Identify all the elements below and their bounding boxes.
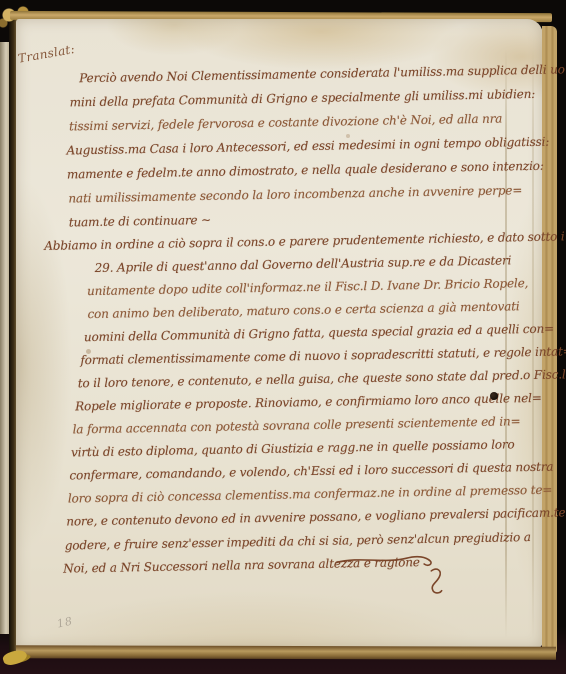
manuscript-line: formati clementissimamente come di nuovo… xyxy=(80,344,566,367)
manuscript-line: to il loro tenore, e contenuto, e nella … xyxy=(78,367,566,390)
manuscript-line: mamente e fedelm.te anno dimostrato, e n… xyxy=(67,159,544,182)
manuscript-line: tuam.te di continuare ~ xyxy=(69,213,211,230)
manuscript-line: uomini della Communità di Grigno fatta, … xyxy=(84,322,554,345)
marginal-note-translat: Translat: xyxy=(17,42,76,66)
manuscript-line: unitamente dopo udite coll'informaz.ne i… xyxy=(87,276,528,298)
manuscript-line: Abbiamo in ordine a ciò sopra il cons.o … xyxy=(44,229,565,253)
manuscript-line: Perciò avendo Noi Clementissimamente con… xyxy=(79,62,566,85)
manuscript-line: loro sopra di ciò concessa clementiss.ma… xyxy=(68,483,553,506)
ink-blot xyxy=(490,392,498,400)
manuscript-line: nore, e contenuto devono ed in avvenire … xyxy=(66,505,565,528)
manuscript-photo: Translat: Perciò avendo Noi Clementissim… xyxy=(0,0,566,674)
handwritten-text-block: Translat: Perciò avendo Noi Clementissim… xyxy=(0,0,566,674)
manuscript-line: virtù di esto diploma, quanto di Giustiz… xyxy=(71,437,515,459)
manuscript-line: tissimi servizi, fedele fervorosa e cost… xyxy=(69,111,502,133)
manuscript-line: nati umilissimamente secondo la loro inc… xyxy=(68,183,522,205)
manuscript-line: confermare, comandando, e volendo, ch'Es… xyxy=(69,460,553,483)
paraph-flourish-icon xyxy=(334,548,455,598)
manuscript-line: mini della prefata Communità di Grigno e… xyxy=(70,87,536,110)
manuscript-line: Augustiss.ma Casa i loro Antecessori, ed… xyxy=(66,135,549,158)
manuscript-line: con animo ben deliberato, maturo cons.o … xyxy=(87,299,519,321)
manuscript-line: godere, e fruire senz'esser impediti da … xyxy=(65,530,531,553)
manuscript-line: 29. Aprile di quest'anno dal Governo del… xyxy=(95,253,512,275)
manuscript-line: la forma accennata con potestà sovrana c… xyxy=(73,414,521,436)
manuscript-line: Ropele migliorate e proposte. Rinoviamo,… xyxy=(75,391,542,414)
